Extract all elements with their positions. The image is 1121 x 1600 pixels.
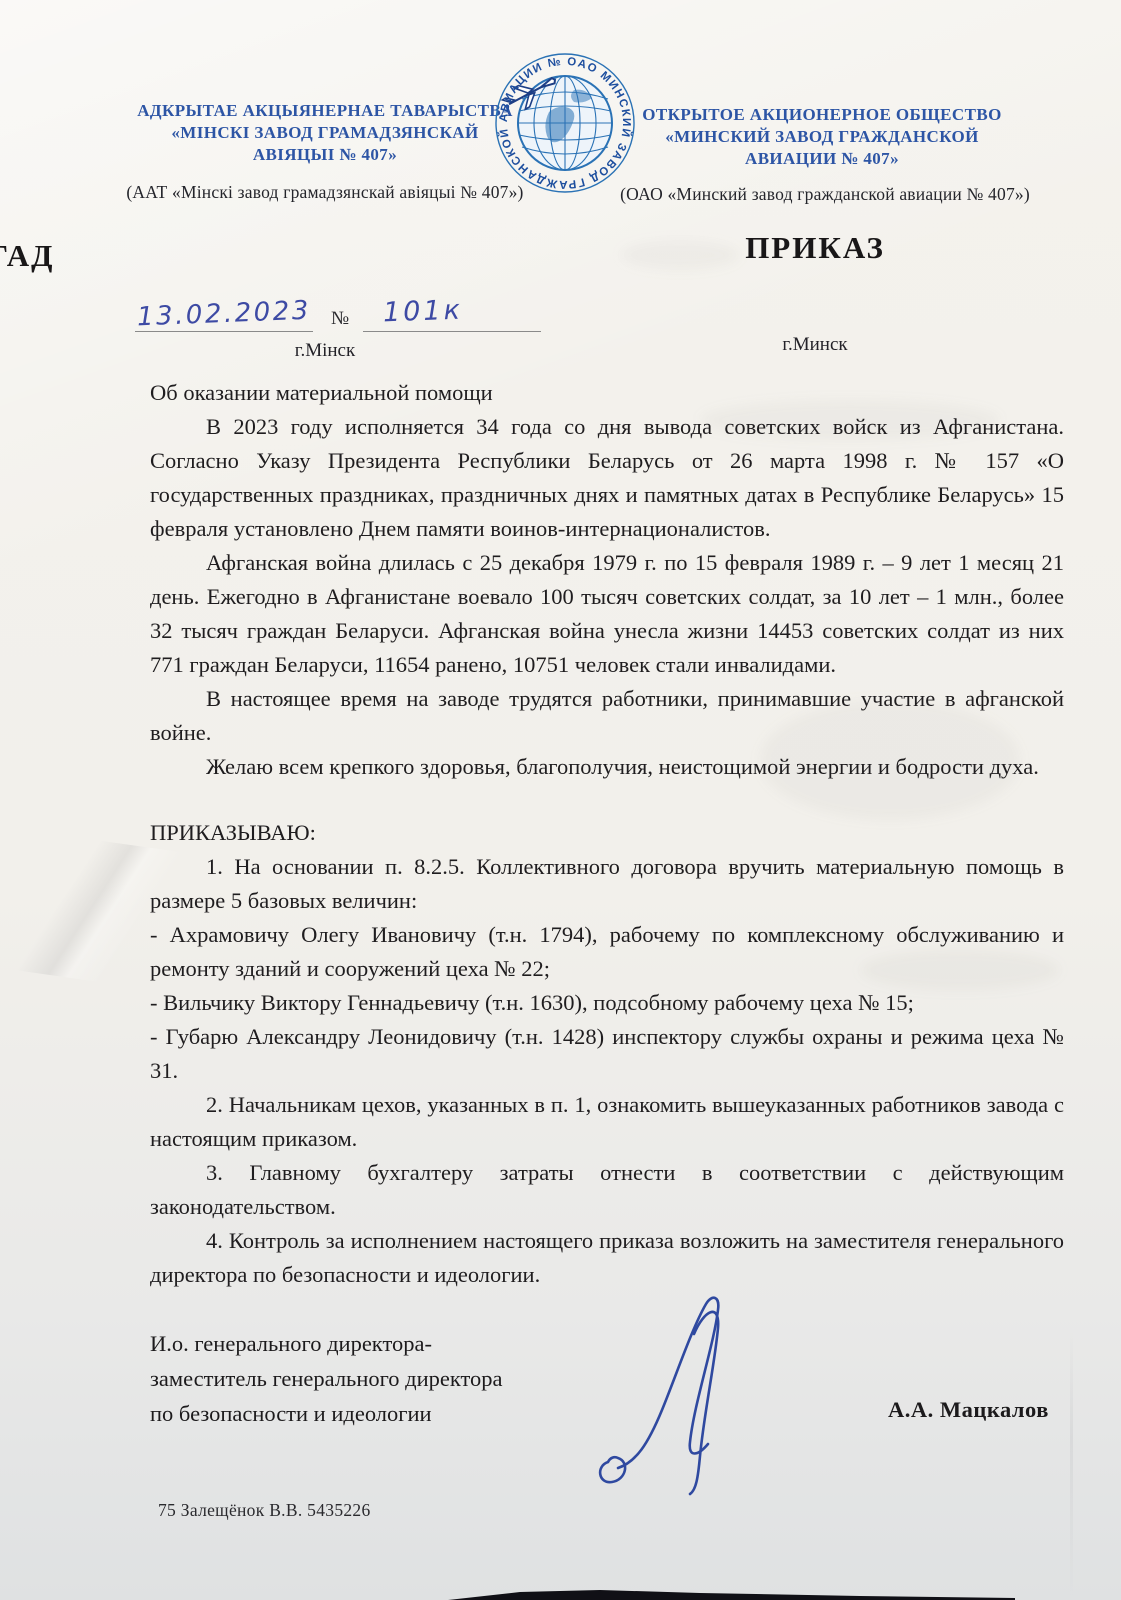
order-list-item: - Ахрамовичу Олегу Ивановичу (т.н. 1794)… — [150, 918, 1064, 986]
signature-block: И.о. генерального директора- заместитель… — [150, 1326, 1064, 1431]
org-name-line: АВІЯЦЫІ № 407» — [135, 144, 515, 166]
document-body: Об оказании материальной помощи В 2023 г… — [150, 376, 1064, 1292]
subject-line: Об оказании материальной помощи — [150, 376, 1064, 410]
signer-name: А.А. Мацкалов — [888, 1392, 1049, 1427]
date-number-line: 13.02.2023 № 101к — [135, 288, 605, 332]
place-minsk-russian: г.Минск — [560, 334, 1070, 356]
org-name-line: «МІНСКІ ЗАВОД ГРАМАДЗЯНСКАЙ — [135, 122, 515, 144]
order-heading: ПРИКАЗЫВАЮ: — [150, 816, 1064, 850]
handwritten-signature-icon — [590, 1276, 770, 1496]
handwritten-date: 13.02.2023 — [136, 296, 311, 333]
order-list-item: - Вильчику Виктору Геннадьевичу (т.н. 16… — [150, 986, 1064, 1020]
company-logo: ОАО МИНСКИЙ ЗАВОД ГРАЖДАНСКОЙ АВИАЦИИ №4… — [494, 52, 636, 194]
paragraph: Афганская война длилась с 25 декабря 197… — [150, 546, 1064, 682]
orders-section: ПРИКАЗЫВАЮ: 1. На основании п. 8.2.5. Ко… — [150, 816, 1064, 1292]
handwritten-order-number: 101к — [382, 295, 463, 329]
paragraph: Желаю всем крепкого здоровья, благополуч… — [150, 750, 1064, 784]
doc-title-belarusian: ЗАГАД — [0, 238, 325, 274]
spacer — [150, 784, 1064, 816]
org-abbrev-russian: (ОАО «Минский завод гражданской авиации … — [620, 184, 1030, 205]
org-name-line: «МИНСКИЙ ЗАВОД ГРАЖДАНСКОЙ — [638, 126, 1006, 148]
order-list-item: - Губарю Александру Леонидовичу (т.н. 14… — [150, 1020, 1064, 1088]
executor-note: 75 Залещёнок В.В. 5435226 — [158, 1500, 371, 1521]
paper-crease — [1070, 1330, 1073, 1600]
order-item: 2. Начальникам цехов, указанных в п. 1, … — [150, 1088, 1064, 1156]
globe-airplane-emblem-icon: ОАО МИНСКИЙ ЗАВОД ГРАЖДАНСКОЙ АВИАЦИИ №4… — [494, 52, 636, 194]
org-abbrev-belarusian: (ААТ «Мінскі завод грамадзянскай авіяцыі… — [110, 182, 540, 203]
place-minsk-belarusian: г.Мінск — [0, 340, 650, 362]
org-name-russian: ОТКРЫТОЕ АКЦИОНЕРНОЕ ОБЩЕСТВО «МИНСКИЙ З… — [638, 104, 1006, 170]
org-name-line: ОТКРЫТОЕ АКЦИОНЕРНОЕ ОБЩЕСТВО — [638, 104, 1006, 126]
paragraph: В настоящее время на заводе трудятся раб… — [150, 682, 1064, 750]
number-sign-label: № — [331, 308, 349, 330]
number-underline — [363, 331, 541, 332]
org-name-line: АВИАЦИИ № 407» — [638, 148, 1006, 170]
org-name-line: АДКРЫТАЕ АКЦЫЯНЕРНАЕ ТАВАРЫСТВА — [135, 100, 515, 122]
paragraph: В 2023 году исполняется 34 года со дня в… — [150, 410, 1064, 546]
doc-title-russian: ПРИКАЗ — [560, 230, 1070, 266]
document-page: АДКРЫТАЕ АКЦЫЯНЕРНАЕ ТАВАРЫСТВА «МІНСКІ … — [0, 0, 1121, 1600]
order-item: 3. Главному бухгалтеру затраты отнести в… — [150, 1156, 1064, 1224]
order-item: 1. На основании п. 8.2.5. Коллективного … — [150, 850, 1064, 918]
scan-edge — [0, 1586, 1121, 1600]
org-name-belarusian: АДКРЫТАЕ АКЦЫЯНЕРНАЕ ТАВАРЫСТВА «МІНСКІ … — [135, 100, 515, 166]
